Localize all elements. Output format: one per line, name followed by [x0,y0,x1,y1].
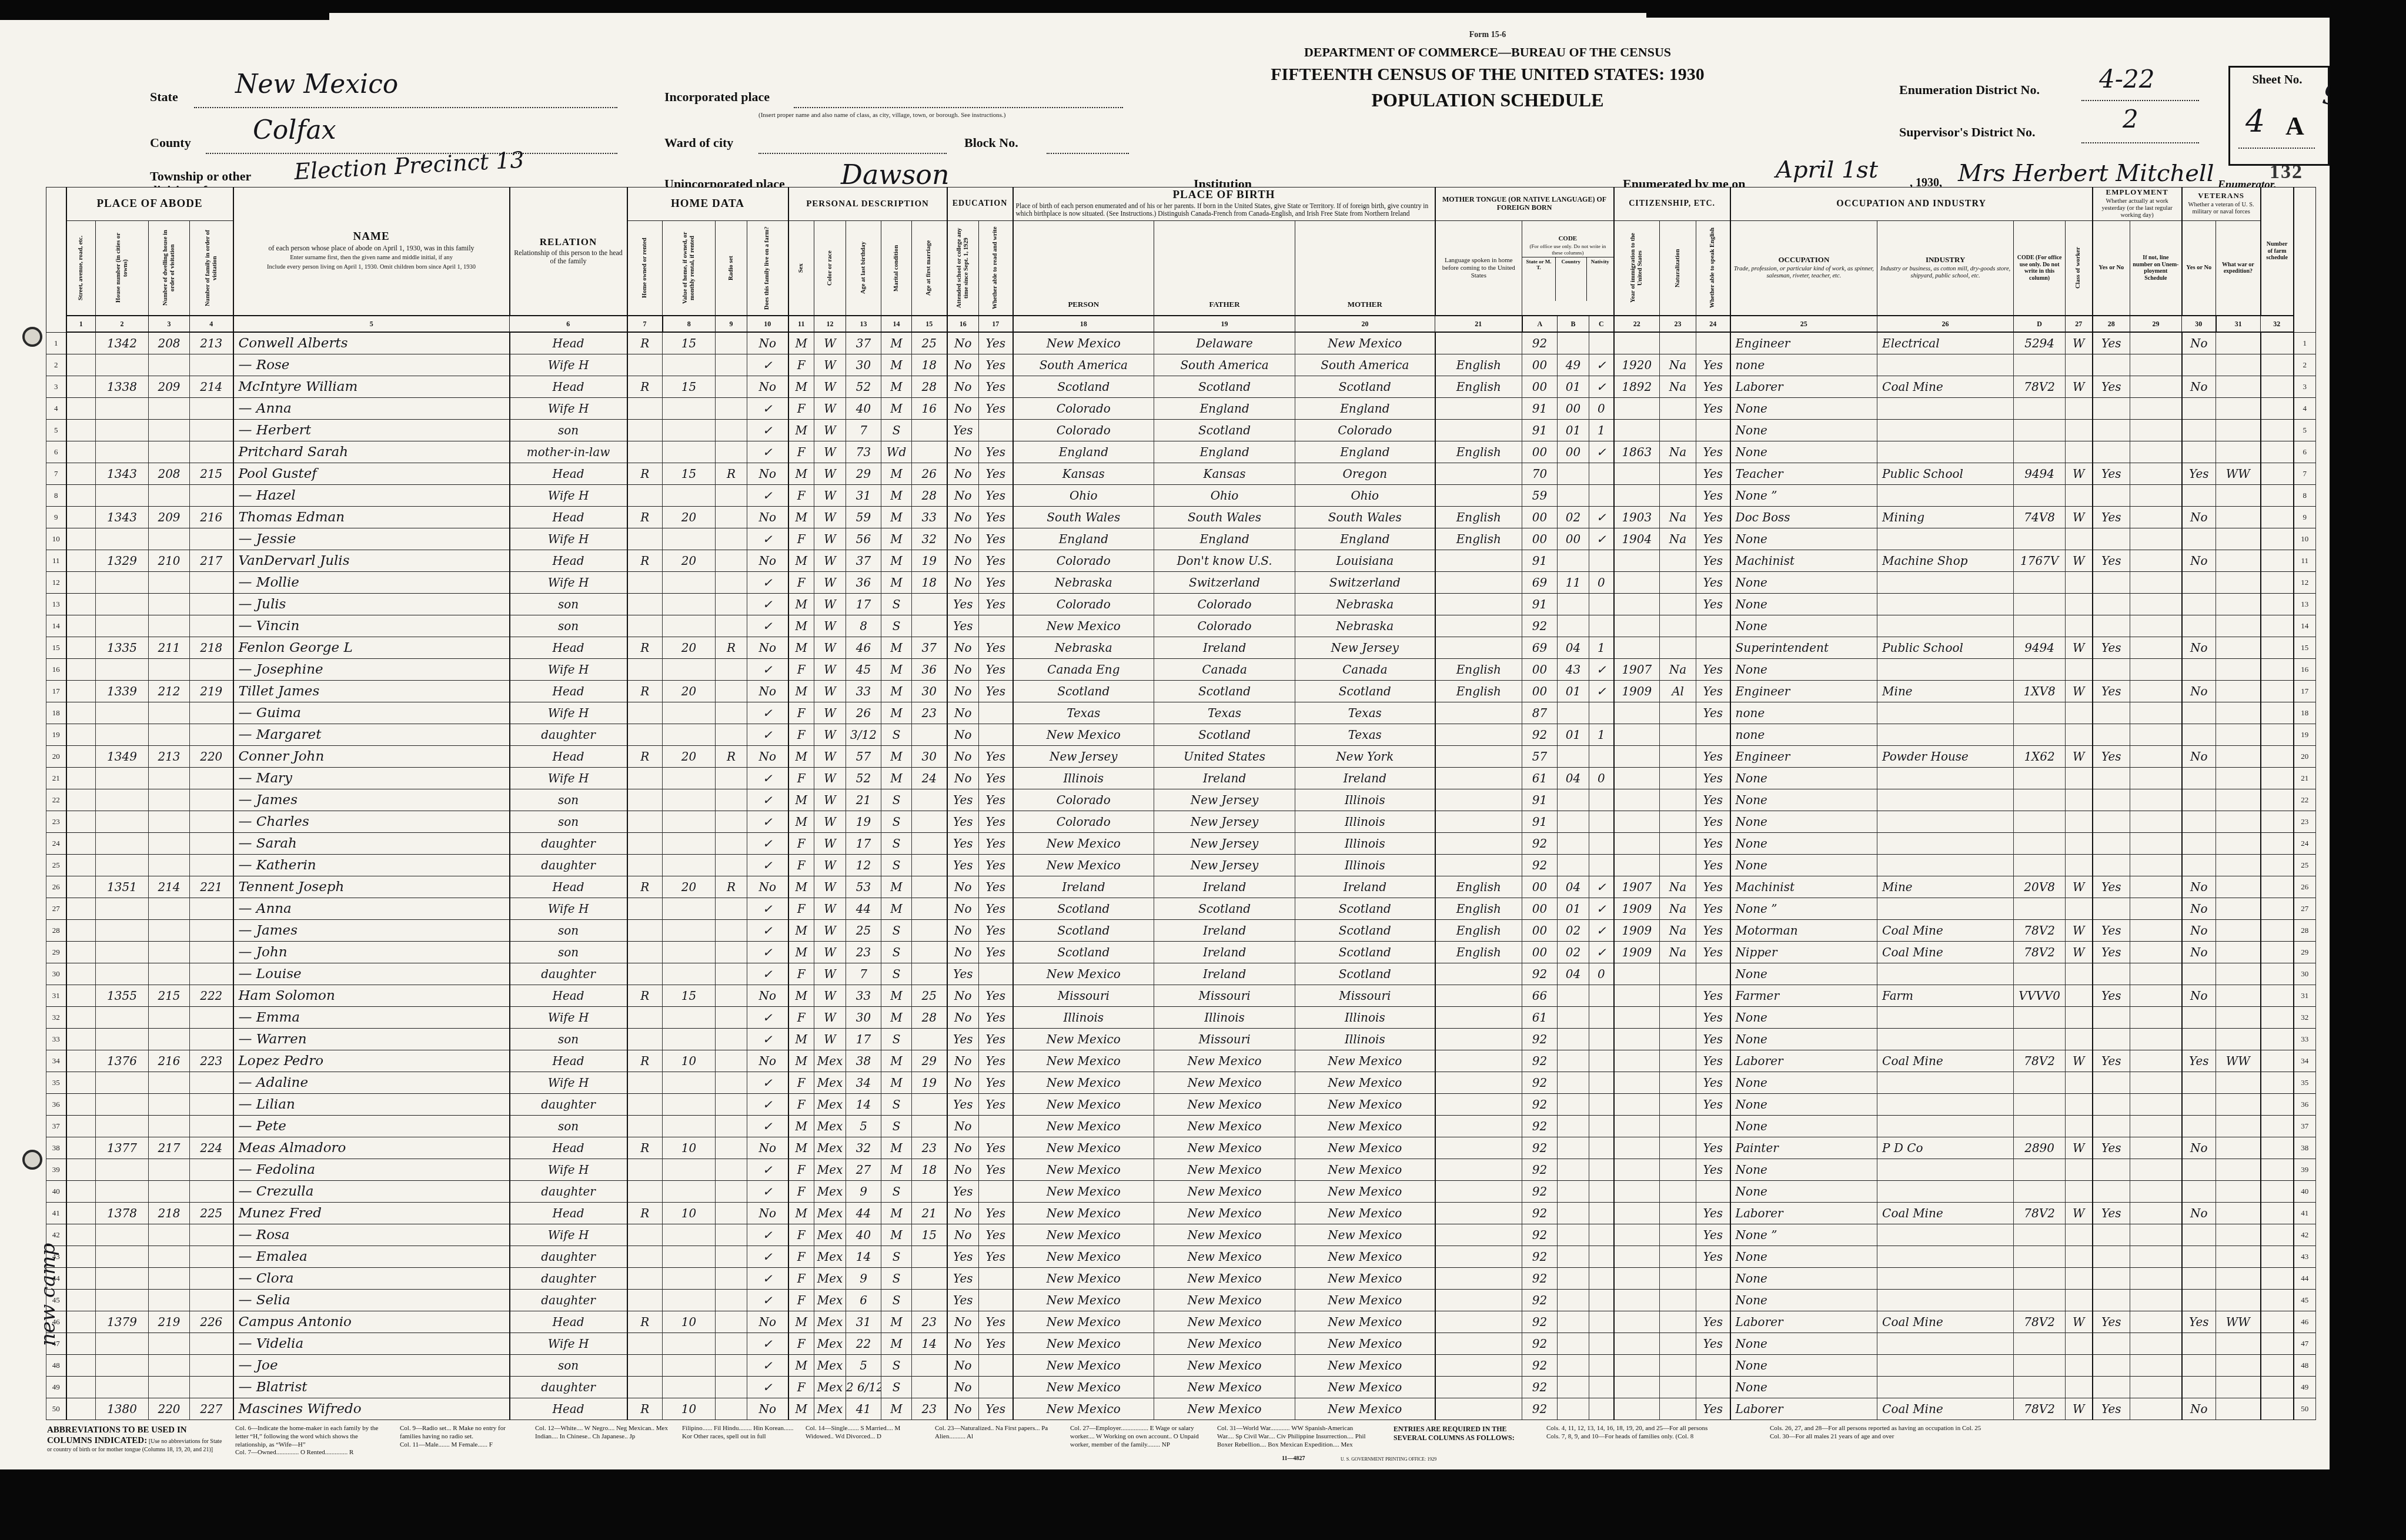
cell-frm: No [747,332,788,354]
cell-fs [2261,920,2294,942]
cell-afm [912,876,947,898]
cell-lang [1435,833,1522,855]
cell-st [66,550,96,572]
cell-cw: W [2066,1398,2093,1420]
cell-cc: 0 [1589,572,1614,594]
cell-sex: M [788,811,814,833]
census-entry-row: 5— Herbertson✓MW7SYesColoradoScotlandCol… [46,420,2316,441]
cell-fs [2261,1377,2294,1398]
cell-age: 45 [846,659,881,681]
cell-own [627,420,663,441]
cell-rel: Wife H [510,1159,627,1181]
census-entry-row: 22— Jamesson✓MW21SYesYesColoradoNew Jers… [46,789,2316,811]
cell-col: Mex [814,1398,846,1420]
cell-rel: Head [510,463,627,485]
cell-vet [2182,354,2216,376]
cell-own [627,855,663,876]
cell-rad [716,1050,747,1072]
cell-sch: No [947,528,979,550]
census-entry-row: 8— HazelWife H✓FW31M28NoYesOhioOhioOhio5… [46,485,2316,507]
cell-ca: 61 [1522,1007,1558,1029]
census-entry-row: 36— Liliandaughter✓FMex14SYesYesNew Mexi… [46,1094,2316,1116]
cell-mar: S [881,833,912,855]
cell-fs [2261,789,2294,811]
cell-bm: Canada [1295,659,1435,681]
cell-cd [2014,1377,2066,1398]
cell-dw [149,1007,190,1029]
cell-col: W [814,985,846,1007]
cell-rad [716,898,747,920]
cell-bp: Colorado [1013,594,1154,615]
cell-bp: England [1013,441,1154,463]
cell-ind: Public School [1877,637,2014,659]
cell-frm: ✓ [747,1246,788,1268]
cell-col: Mex [814,1137,846,1159]
cell-own [627,1116,663,1137]
line-number-left: 22 [46,789,66,811]
cell-val [663,942,716,963]
cell-rad [716,1311,747,1333]
cell-rel: Wife H [510,898,627,920]
line-number-left: 33 [46,1029,66,1050]
cell-vet: No [2182,1398,2216,1420]
cell-un [2130,855,2182,876]
line-number-right: 15 [2294,637,2316,659]
cell-rad [716,833,747,855]
cell-cc [1589,1311,1614,1333]
cell-frm: ✓ [747,942,788,963]
cell-bf: Ireland [1154,963,1295,985]
cell-bm: New Mexico [1295,1159,1435,1181]
cell-ho [96,1007,149,1029]
cell-fs [2261,1246,2294,1268]
cell-age: 57 [846,746,881,768]
cell-rel: daughter [510,1246,627,1268]
cell-ca: 92 [1522,833,1558,855]
cell-sex: F [788,441,814,463]
cell-sch: No [947,485,979,507]
cell-afm [912,1377,947,1398]
col-31-header: What war or expe­dition? [2216,221,2261,316]
cell-bm: New Mexico [1295,332,1435,354]
cell-bf: New Jersey [1154,811,1295,833]
line-number-left: 40 [46,1181,66,1203]
cell-cb [1558,485,1589,507]
cell-ca: 00 [1522,441,1558,463]
cell-nat [1660,1007,1696,1029]
cell-rw: Yes [979,1159,1013,1181]
cell-rw: Yes [979,594,1013,615]
cell-name: — Videlia [233,1333,510,1355]
census-entry-row: 2— RoseWife H✓FW30M18NoYesSouth AmericaS… [46,354,2316,376]
line-number-right: 23 [2294,811,2316,833]
line-number-right: 17 [2294,681,2316,702]
line-number-left: 37 [46,1116,66,1137]
cell-bp: Scotland [1013,898,1154,920]
cell-rel: Head [510,637,627,659]
line-number-left: 32 [46,1007,66,1029]
cell-lang: English [1435,376,1522,398]
cell-nat [1660,833,1696,855]
cell-sex: M [788,1137,814,1159]
line-number-left: 7 [46,463,66,485]
enumerator-value: Mrs Herbert Mitchell [1958,160,2214,187]
cell-cd: 20V8 [2014,876,2066,898]
cell-war [2216,768,2261,789]
cell-fa [190,1072,233,1094]
cell-rw: Yes [979,1072,1013,1094]
cell-val [663,528,716,550]
cell-fs [2261,1116,2294,1137]
col-25-header: OCCUPATION Trade, profession, or particu… [1730,221,1877,316]
cell-cw [2066,789,2093,811]
cell-war [2216,1224,2261,1246]
cell-imm [1614,637,1660,659]
cell-lang [1435,1290,1522,1311]
col-20-header: MOTHER [1295,221,1435,316]
cell-un [2130,963,2182,985]
cell-fa [190,898,233,920]
cell-cd [2014,354,2066,376]
cell-fa [190,659,233,681]
group-relation: RELATION Relationship of this person to … [510,188,627,316]
cell-fs [2261,1333,2294,1355]
cell-eng: Yes [1696,507,1730,528]
cell-own [627,398,663,420]
cell-ind: Coal Mine [1877,1203,2014,1224]
cell-cc [1589,702,1614,724]
cell-cc: 1 [1589,724,1614,746]
group-name: NAME of each person whose place of abode… [233,188,510,316]
column-number-18: 18 [1013,316,1154,332]
cell-cc [1589,985,1614,1007]
cell-name: — Louise [233,963,510,985]
census-entry-row: 11342208213Conwell AlbertsHeadR15NoMW37M… [46,332,2316,354]
cell-occ: None [1730,768,1877,789]
cell-war [2216,507,2261,528]
cell-sex: F [788,833,814,855]
cell-fs [2261,1355,2294,1377]
cell-col: W [814,376,846,398]
cell-afm [912,615,947,637]
cell-dw [149,789,190,811]
cell-st [66,1137,96,1159]
col-21-header: Language spoken in home before coming to… [1435,221,1522,316]
cell-lang: English [1435,942,1522,963]
cell-occ: Laborer [1730,1050,1877,1072]
cell-name: — Hazel [233,485,510,507]
cell-un [2130,1224,2182,1246]
cell-bm: Scotland [1295,898,1435,920]
cell-st [66,963,96,985]
cell-bf: Ohio [1154,485,1295,507]
cell-bm: New Mexico [1295,1398,1435,1420]
cell-war [2216,594,2261,615]
cell-bp: New Mexico [1013,1290,1154,1311]
cell-rw: Yes [979,1007,1013,1029]
cell-frm: ✓ [747,1355,788,1377]
cell-war [2216,528,2261,550]
col-15-header: Age at first marriage [912,221,947,316]
cell-ho [96,659,149,681]
cell-ho [96,1377,149,1398]
cell-col: W [814,637,846,659]
cell-afm [912,833,947,855]
cell-lang: English [1435,659,1522,681]
cell-imm [1614,963,1660,985]
cell-cw [2066,724,2093,746]
cell-mar: S [881,789,912,811]
line-number-left: 3 [46,376,66,398]
cell-sch: No [947,876,979,898]
cell-mar: S [881,811,912,833]
ward-label: Ward of city [664,135,733,150]
cell-name: — Katherin [233,855,510,876]
cell-col: W [814,615,846,637]
cell-sex: F [788,1159,814,1181]
cell-val [663,811,716,833]
cell-col: W [814,354,846,376]
cell-ca: 92 [1522,1377,1558,1398]
cell-war [2216,724,2261,746]
cell-wk: Yes [2093,1398,2130,1420]
cell-dw [149,963,190,985]
cell-cw [2066,485,2093,507]
cell-war: WW [2216,463,2261,485]
cell-imm [1614,1246,1660,1268]
cell-bp: New Mexico [1013,1311,1154,1333]
cell-frm: No [747,376,788,398]
col-22-header: Year of immigra­tion to the United State… [1614,221,1660,316]
cell-col: W [814,811,846,833]
cell-bm: New Mexico [1295,1355,1435,1377]
line-number-right: 36 [2294,1094,2316,1116]
cell-eng: Yes [1696,768,1730,789]
cell-afm [912,1181,947,1203]
cell-fs [2261,768,2294,789]
census-entry-row: 16— JosephineWife H✓FW45M36NoYesCanada E… [46,659,2316,681]
cell-sch: Yes [947,1246,979,1268]
cell-name: Munez Fred [233,1203,510,1224]
line-number-left: 38 [46,1137,66,1159]
census-entry-row: 37— Peteson✓MMex5SNoNew MexicoNew Mexico… [46,1116,2316,1137]
cell-rw: Yes [979,1137,1013,1159]
cell-cc [1589,1290,1614,1311]
cell-sex: M [788,376,814,398]
group-home-data: HOME DATA [627,188,788,221]
census-entry-row: 501380220227Mascines WifredoHeadR10NoMMe… [46,1398,2316,1420]
line-number-right: 40 [2294,1181,2316,1203]
cell-ca: 66 [1522,985,1558,1007]
line-number-left: 42 [46,1224,66,1246]
cell-age: 9 [846,1181,881,1203]
cell-ca: 00 [1522,898,1558,920]
cell-nat [1660,1398,1696,1420]
cell-ind [1877,354,2014,376]
cell-fa: 214 [190,376,233,398]
cell-cd: 78V2 [2014,920,2066,942]
cell-fs [2261,615,2294,637]
cell-fs [2261,463,2294,485]
line-number-right: 27 [2294,898,2316,920]
col-17-header: Whether able to read and write [979,221,1013,316]
cell-occ: None [1730,528,1877,550]
cell-cd: 1XV8 [2014,681,2066,702]
cell-rel: daughter [510,855,627,876]
cell-rad [716,594,747,615]
cell-afm [912,1116,947,1137]
cell-bf: Scotland [1154,898,1295,920]
cell-bf: United States [1154,746,1295,768]
cell-bf: New Mexico [1154,1333,1295,1355]
cell-name: Tillet James [233,681,510,702]
line-number-right: 46 [2294,1311,2316,1333]
cell-occ: Machinist [1730,550,1877,572]
cell-nat [1660,746,1696,768]
cell-age: 7 [846,420,881,441]
cell-war [2216,572,2261,594]
cell-vet: No [2182,637,2216,659]
group-citizenship: CITIZENSHIP, ETC. [1614,188,1730,221]
census-entry-row: 33— Warrenson✓MW17SYesYesNew MexicoMisso… [46,1029,2316,1050]
cell-cw [2066,441,2093,463]
cell-fa: 215 [190,463,233,485]
cell-bm: New Mexico [1295,1290,1435,1311]
cell-mar: S [881,1290,912,1311]
cell-fa [190,702,233,724]
cell-bp: Scotland [1013,942,1154,963]
cell-afm: 37 [912,637,947,659]
cell-cd [2014,398,2066,420]
cell-imm [1614,594,1660,615]
census-entry-row: 43— Emaleadaughter✓FMex14SYesYesNew Mexi… [46,1246,2316,1268]
line-number-right: 19 [2294,724,2316,746]
cell-ind: P D Co [1877,1137,2014,1159]
cell-lang [1435,1333,1522,1355]
cell-rel: Wife H [510,768,627,789]
cell-ind: Farm [1877,985,2014,1007]
cell-afm: 19 [912,1072,947,1094]
cell-ind [1877,659,2014,681]
cell-rad [716,1181,747,1203]
cell-afm: 24 [912,768,947,789]
cell-val [663,420,716,441]
cell-cw: W [2066,920,2093,942]
cell-bm: Scotland [1295,942,1435,963]
cell-age: 44 [846,1203,881,1224]
cell-ind [1877,441,2014,463]
cell-sex: M [788,1203,814,1224]
cell-imm [1614,1050,1660,1072]
cell-war [2216,1159,2261,1181]
cell-bm: New Mexico [1295,1181,1435,1203]
cell-bp: Ireland [1013,876,1154,898]
cell-cc [1589,1181,1614,1203]
cell-fs [2261,985,2294,1007]
cell-bf: Texas [1154,702,1295,724]
cell-bp: New Mexico [1013,1398,1154,1420]
cell-bm: Ohio [1295,485,1435,507]
cell-wk: Yes [2093,681,2130,702]
line-number-left: 20 [46,746,66,768]
cell-un [2130,637,2182,659]
cell-ho [96,441,149,463]
cell-st [66,594,96,615]
cell-lang [1435,1007,1522,1029]
cell-ca: 57 [1522,746,1558,768]
cell-cc: 0 [1589,768,1614,789]
cell-occ: None [1730,1094,1877,1116]
cell-ho [96,1224,149,1246]
census-entry-row: 19— Margaretdaughter✓FW3/12SNoNew Mexico… [46,724,2316,746]
cell-un [2130,615,2182,637]
cell-st [66,1072,96,1094]
cell-vet: No [2182,876,2216,898]
cell-name: Ham Solomon [233,985,510,1007]
cell-bf: New Mexico [1154,1377,1295,1398]
cell-rw: Yes [979,1398,1013,1420]
cell-eng: Yes [1696,681,1730,702]
cell-sex: F [788,963,814,985]
cell-sex: M [788,594,814,615]
cell-cw [2066,702,2093,724]
cell-fs [2261,1007,2294,1029]
line-number-header-left [46,188,66,333]
cell-fs [2261,833,2294,855]
cell-bp: New Mexico [1013,1246,1154,1268]
line-number-right: 28 [2294,920,2316,942]
column-number-24: 24 [1696,316,1730,332]
cell-afm [912,789,947,811]
cell-own [627,354,663,376]
cell-bf: New Mexico [1154,1290,1295,1311]
cell-ca: 69 [1522,572,1558,594]
census-entry-row: 32— EmmaWife H✓FW30M28NoYesIllinoisIllin… [46,1007,2316,1029]
cell-nat: Na [1660,920,1696,942]
cell-cc [1589,550,1614,572]
cell-cb: 49 [1558,354,1589,376]
cell-vet [2182,441,2216,463]
cell-wk [2093,398,2130,420]
cell-frm: ✓ [747,594,788,615]
cell-un [2130,1268,2182,1290]
cell-frm: No [747,681,788,702]
cell-rw: Yes [979,332,1013,354]
cell-cd [2014,833,2066,855]
cell-rad [716,942,747,963]
column-number-A: A [1522,316,1558,332]
cell-mar: S [881,1355,912,1377]
cell-cw: W [2066,681,2093,702]
footer-abbreviations: ABBREVIATIONS TO BE USED IN COLUMNS INDI… [47,1425,2293,1466]
cell-frm: No [747,1203,788,1224]
cell-frm: ✓ [747,768,788,789]
cell-rel: son [510,1029,627,1050]
cell-bm: Oregon [1295,463,1435,485]
cell-wk [2093,898,2130,920]
cell-dw [149,920,190,942]
cell-name: — Jessie [233,528,510,550]
census-entry-row: 48— Joeson✓MMex5SNoNew MexicoNew MexicoN… [46,1355,2316,1377]
cell-val: 10 [663,1398,716,1420]
cell-cc [1589,1094,1614,1116]
cell-ind [1877,1029,2014,1050]
sheet-no-box: Sheet No. 4 A [2228,66,2330,166]
col-24-header: Whether able to speak English [1696,221,1730,316]
cell-vet [2182,420,2216,441]
cell-ind: Coal Mine [1877,1398,2014,1420]
cell-age: 17 [846,1029,881,1050]
